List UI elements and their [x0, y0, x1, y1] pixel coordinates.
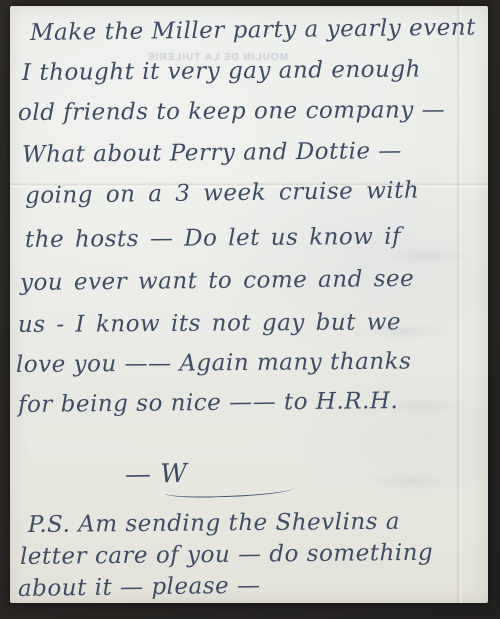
letter-line: I thought it very gay and enough: [22, 57, 421, 86]
signature-flourish: [165, 482, 295, 498]
letter-line: you ever want to come and see: [20, 266, 414, 296]
postscript-line: letter care of you — do something: [20, 540, 433, 570]
postscript-line: P.S. Am sending the Shevlins a: [28, 509, 400, 538]
letter-line: us - I know its not gay but we: [18, 309, 401, 338]
letter-paper: MOULIN DE LA TUILERIE Make the Miller pa…: [10, 6, 488, 603]
letter-line: love you —— Again many thanks: [16, 349, 412, 378]
letter-line: going on a 3 week cruise with: [25, 177, 420, 209]
postscript-line: about it — please —: [18, 573, 261, 602]
letter-line: old friends to keep one company —: [18, 97, 445, 126]
letter-photograph: MOULIN DE LA TUILERIE Make the Miller pa…: [0, 0, 500, 619]
letter-line: the hosts — Do let us know if: [25, 224, 401, 253]
letter-line: for being so nice —— to H.R.H.: [18, 388, 398, 418]
letter-line: Make the Miller party a yearly event: [30, 15, 476, 46]
letter-line: What about Perry and Dottie —: [22, 138, 402, 168]
